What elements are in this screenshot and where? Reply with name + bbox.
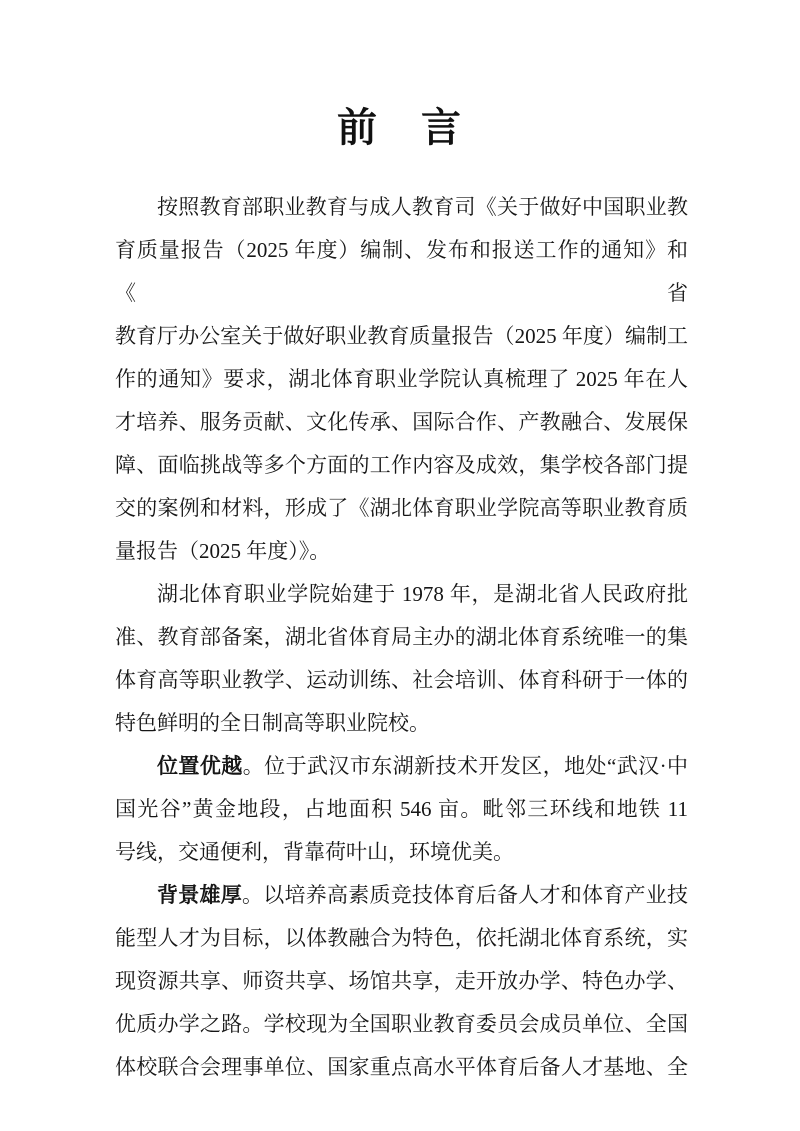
text-run: 特色鲜明的全日制高等职业院校。 <box>115 711 430 735</box>
text-run: 优质办学之路。学校现为全国职业教育委员会成员单位、全国 <box>115 1012 688 1036</box>
text-run: 教育厅办公室关于做好职业教育质量报告（2025 年度）编制工 <box>115 324 688 348</box>
text-line: 号线，交通便利，背靠荷叶山，环境优美。 <box>115 831 688 874</box>
paragraph: 背景雄厚。以培养高素质竞技体育后备人才和体育产业技能型人才为目标，以体教融合为特… <box>115 874 688 1089</box>
text-line: 量报告（2025 年度）》。 <box>115 530 688 573</box>
text-line: 特色鲜明的全日制高等职业院校。 <box>115 702 688 745</box>
text-run: 障、面临挑战等多个方面的工作内容及成效，集学校各部门提 <box>115 453 688 477</box>
text-line: 位置优越。位于武汉市东湖新技术开发区，地处“武汉·中 <box>115 745 688 788</box>
text-line: 体校联合会理事单位、国家重点高水平体育后备人才基地、全 <box>115 1046 688 1089</box>
text-run: 量报告（2025 年度）》。 <box>115 539 330 563</box>
text-line: 才培养、服务贡献、文化传承、国际合作、产教融合、发展保 <box>115 401 688 444</box>
document-page: 前 言 按照教育部职业教育与成人教育司《关于做好中国职业教育质量报告（2025 … <box>0 0 800 1131</box>
text-line: 按照教育部职业教育与成人教育司《关于做好中国职业教 <box>115 186 688 229</box>
text-line: 优质办学之路。学校现为全国职业教育委员会成员单位、全国 <box>115 1003 688 1046</box>
text-line: 交的案例和材料，形成了《湖北体育职业学院高等职业教育质 <box>115 487 688 530</box>
page-title: 前 言 <box>0 96 800 153</box>
text-line: 背景雄厚。以培养高素质竞技体育后备人才和体育产业技 <box>115 874 688 917</box>
text-line: 现资源共享、师资共享、场馆共享，走开放办学、特色办学、 <box>115 960 688 1003</box>
text-run: 体校联合会理事单位、国家重点高水平体育后备人才基地、全 <box>115 1055 688 1079</box>
text-line: 育质量报告（2025 年度）编制、发布和报送工作的通知》和《省 <box>115 229 688 315</box>
text-run: 育质量报告（2025 年度）编制、发布和报送工作的通知》和《省 <box>115 238 688 305</box>
text-run: 作的通知》要求，湖北体育职业学院认真梳理了 2025 年在人 <box>115 367 688 391</box>
text-run: 才培养、服务贡献、文化传承、国际合作、产教融合、发展保 <box>115 410 688 434</box>
text-run: 国光谷”黄金地段，占地面积 546 亩。毗邻三环线和地铁 11 <box>115 797 688 821</box>
text-run: 。位于武汉市东湖新技术开发区，地处“武汉·中 <box>243 754 688 778</box>
run-in-heading: 背景雄厚 <box>157 883 242 907</box>
run-in-heading: 位置优越 <box>157 754 243 778</box>
text-run: 能型人才为目标，以体教融合为特色，依托湖北体育系统，实 <box>115 926 688 950</box>
text-line: 能型人才为目标，以体教融合为特色，依托湖北体育系统，实 <box>115 917 688 960</box>
text-line: 障、面临挑战等多个方面的工作内容及成效，集学校各部门提 <box>115 444 688 487</box>
text-run: 湖北体育职业学院始建于 1978 年，是湖北省人民政府批 <box>157 582 688 606</box>
text-run: 按照教育部职业教育与成人教育司《关于做好中国职业教 <box>157 195 688 219</box>
text-run: 交的案例和材料，形成了《湖北体育职业学院高等职业教育质 <box>115 496 688 520</box>
text-run: 体育高等职业教学、运动训练、社会培训、体育科研于一体的 <box>115 668 688 692</box>
text-run: 准、教育部备案，湖北省体育局主办的湖北体育系统唯一的集 <box>115 625 688 649</box>
text-line: 湖北体育职业学院始建于 1978 年，是湖北省人民政府批 <box>115 573 688 616</box>
paragraph: 位置优越。位于武汉市东湖新技术开发区，地处“武汉·中国光谷”黄金地段，占地面积 … <box>115 745 688 874</box>
text-line: 教育厅办公室关于做好职业教育质量报告（2025 年度）编制工 <box>115 315 688 358</box>
text-line: 准、教育部备案，湖北省体育局主办的湖北体育系统唯一的集 <box>115 616 688 659</box>
text-run: 。以培养高素质竞技体育后备人才和体育产业技 <box>242 883 688 907</box>
text-run: 号线，交通便利，背靠荷叶山，环境优美。 <box>115 840 514 864</box>
text-line: 国光谷”黄金地段，占地面积 546 亩。毗邻三环线和地铁 11 <box>115 788 688 831</box>
paragraph: 按照教育部职业教育与成人教育司《关于做好中国职业教育质量报告（2025 年度）编… <box>115 186 688 573</box>
document-body: 按照教育部职业教育与成人教育司《关于做好中国职业教育质量报告（2025 年度）编… <box>115 186 688 1089</box>
text-line: 作的通知》要求，湖北体育职业学院认真梳理了 2025 年在人 <box>115 358 688 401</box>
text-line: 体育高等职业教学、运动训练、社会培训、体育科研于一体的 <box>115 659 688 702</box>
paragraph: 湖北体育职业学院始建于 1978 年，是湖北省人民政府批准、教育部备案，湖北省体… <box>115 573 688 745</box>
text-run: 现资源共享、师资共享、场馆共享，走开放办学、特色办学、 <box>115 969 688 993</box>
